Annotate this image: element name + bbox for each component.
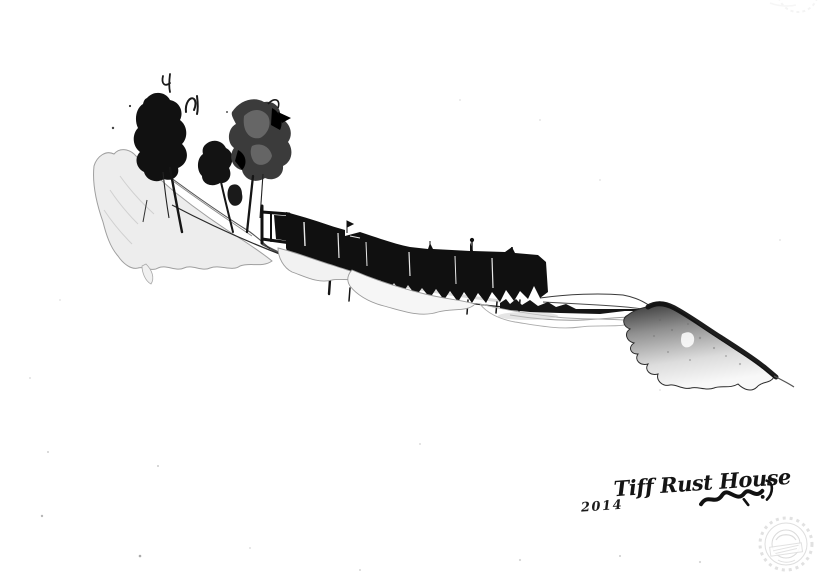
tree-underblob (228, 184, 243, 205)
sun-stamp-icon (760, 518, 812, 570)
rock-body (624, 302, 774, 390)
ink-sketch-artwork: 2014 Tiff Rust House (0, 0, 818, 576)
bottom-right-stamp-watermark (760, 518, 812, 570)
rock-outcrop (624, 302, 794, 390)
signature-splash-tick (744, 499, 748, 505)
person-figure (470, 238, 473, 241)
sketch-page: 2014 Tiff Rust House (0, 0, 818, 576)
partial-stamp-icon (770, 0, 818, 12)
signature: 2014 Tiff Rust House (578, 464, 793, 517)
fence-top-rail (262, 212, 289, 214)
rock-tail-line (774, 376, 794, 387)
curl-mark (162, 74, 170, 92)
squiggle-mark (186, 96, 198, 114)
flag-mark (347, 221, 353, 233)
tree-canopy (134, 93, 187, 181)
wash-stipple (498, 312, 558, 320)
signature-splash-dot (761, 495, 765, 499)
tree-canopy (198, 141, 232, 185)
contour-line-upper (540, 294, 650, 306)
top-right-stamp-watermark (770, 0, 818, 12)
signature-title-text: Tiff Rust House (613, 464, 792, 501)
tree-trunk (247, 176, 253, 232)
building-ink-body (286, 212, 548, 303)
